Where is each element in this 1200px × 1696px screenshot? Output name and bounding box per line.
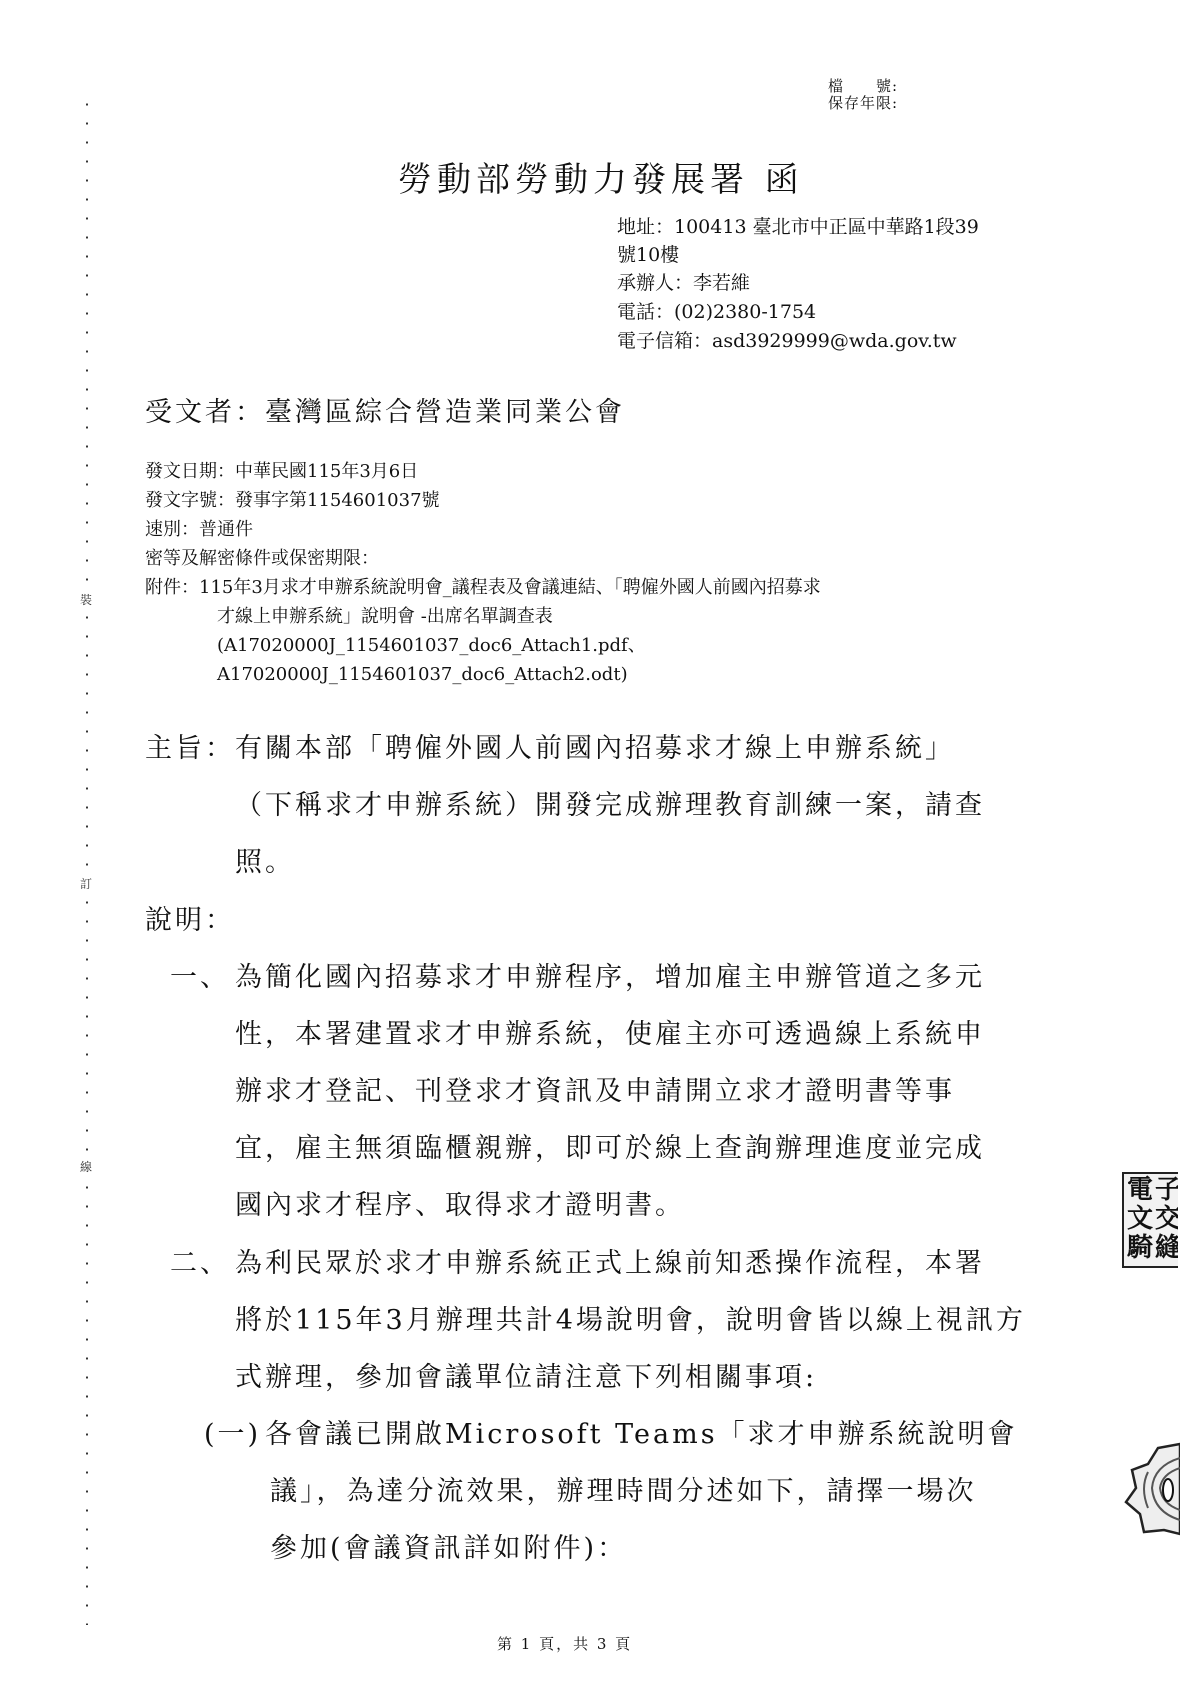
attachment-line-2: 才線上申辦系統」說明會 -出席名單調查表	[217, 603, 553, 631]
electronic-seam-stamp: 電 文 騎 子 交 縫	[1122, 1172, 1178, 1268]
item-2-line: 將於115年3月辦理共計4場說明會，說明會皆以線上視訊方	[235, 1298, 1026, 1337]
binding-mark-ding: 訂	[80, 872, 92, 895]
item-1-line: 宜，雇主無須臨櫃親辦，即可於線上查詢辦理進度並完成	[235, 1126, 985, 1165]
sub-item-1-line: 各會議已開啟Microsoft Teams「求才申辦系統說明會	[265, 1412, 1018, 1451]
address-line-2: 號10樓	[617, 241, 679, 269]
sub-item-1-marker: (一)	[204, 1412, 261, 1451]
stamp-char: 交	[1155, 1205, 1178, 1234]
item-1-line: 性，本署建置求才申辦系統，使雇主亦可透過線上系統申	[235, 1012, 985, 1051]
stamp-char: 子	[1155, 1176, 1178, 1205]
stamp-char: 文	[1127, 1205, 1153, 1234]
stamp-char: 縫	[1155, 1234, 1178, 1263]
issue-date: 發文日期：中華民國115年3月6日	[145, 458, 418, 486]
binding-dotted-line	[86, 95, 88, 1625]
explanation-heading: 說明：	[145, 898, 235, 937]
file-number-label: 檔 號:	[828, 78, 898, 95]
document-title: 勞動部勞動力發展署 函	[398, 152, 804, 201]
item-2-line: 式辦理，參加會議單位請注意下列相關事項:	[235, 1355, 817, 1394]
attachment-file-2[interactable]: A17020000J_1154601037_doc6_Attach2.odt)	[217, 661, 628, 689]
binding-mark-xian: 線	[80, 1155, 92, 1178]
binding-mark-zhuang: 裝	[80, 588, 92, 611]
address-line-1: 地址：100413 臺北市中正區中華路1段39	[617, 213, 979, 241]
doc-number: 發文字號：發事字第1154601037號	[145, 487, 440, 515]
retention-label: 保存年限:	[828, 95, 898, 112]
sub-item-1-line: 參加(會議資訊詳如附件)：	[270, 1526, 627, 1565]
speed-class: 速別：普通件	[145, 516, 253, 544]
item-1-line: 辦求才登記、刊登求才資訊及申請開立求才證明書等事	[235, 1069, 955, 1108]
stamp-char: 騎	[1127, 1234, 1153, 1263]
recipient: 受文者：臺灣區綜合營造業同業公會	[145, 390, 625, 429]
item-2-line: 為利民眾於求才申辦系統正式上線前知悉操作流程，本署	[235, 1241, 985, 1280]
attachment-line-1: 附件：115年3月求才申辦系統說明會_議程表及會議連結、「聘僱外國人前國內招募求	[145, 574, 821, 602]
secrecy-level: 密等及解密條件或保密期限：	[145, 545, 379, 573]
stamp-char: 電	[1127, 1176, 1153, 1205]
item-2-marker: 二、	[170, 1241, 230, 1280]
subject-line-3: 照。	[235, 840, 295, 879]
subject-line-1: 主旨：有關本部「聘僱外國人前國內招募求才線上申辦系統」	[145, 726, 955, 765]
item-1-line: 為簡化國內招募求才申辦程序，增加雇主申辦管道之多元	[235, 955, 985, 994]
item-1-marker: 一、	[170, 955, 230, 994]
phone: 電話：(02)2380-1754	[617, 298, 816, 326]
attachment-file-1[interactable]: (A17020000J_1154601037_doc6_Attach1.pdf、	[217, 632, 646, 660]
seal-icon: 0	[1118, 1438, 1180, 1538]
email: 電子信箱：asd3929999@wda.gov.tw	[617, 327, 957, 355]
item-1-line: 國內求才程序、取得求才證明書。	[235, 1183, 685, 1222]
subject-line-2: （下稱求才申辦系統）開發完成辦理教育訓練一案，請查	[235, 783, 985, 822]
sub-item-1-line: 議」，為達分流效果，辦理時間分述如下，請擇一場次	[270, 1469, 977, 1508]
page-footer: 第 1 頁，共 3 頁	[497, 1633, 632, 1654]
handler: 承辦人：李若維	[617, 269, 750, 297]
